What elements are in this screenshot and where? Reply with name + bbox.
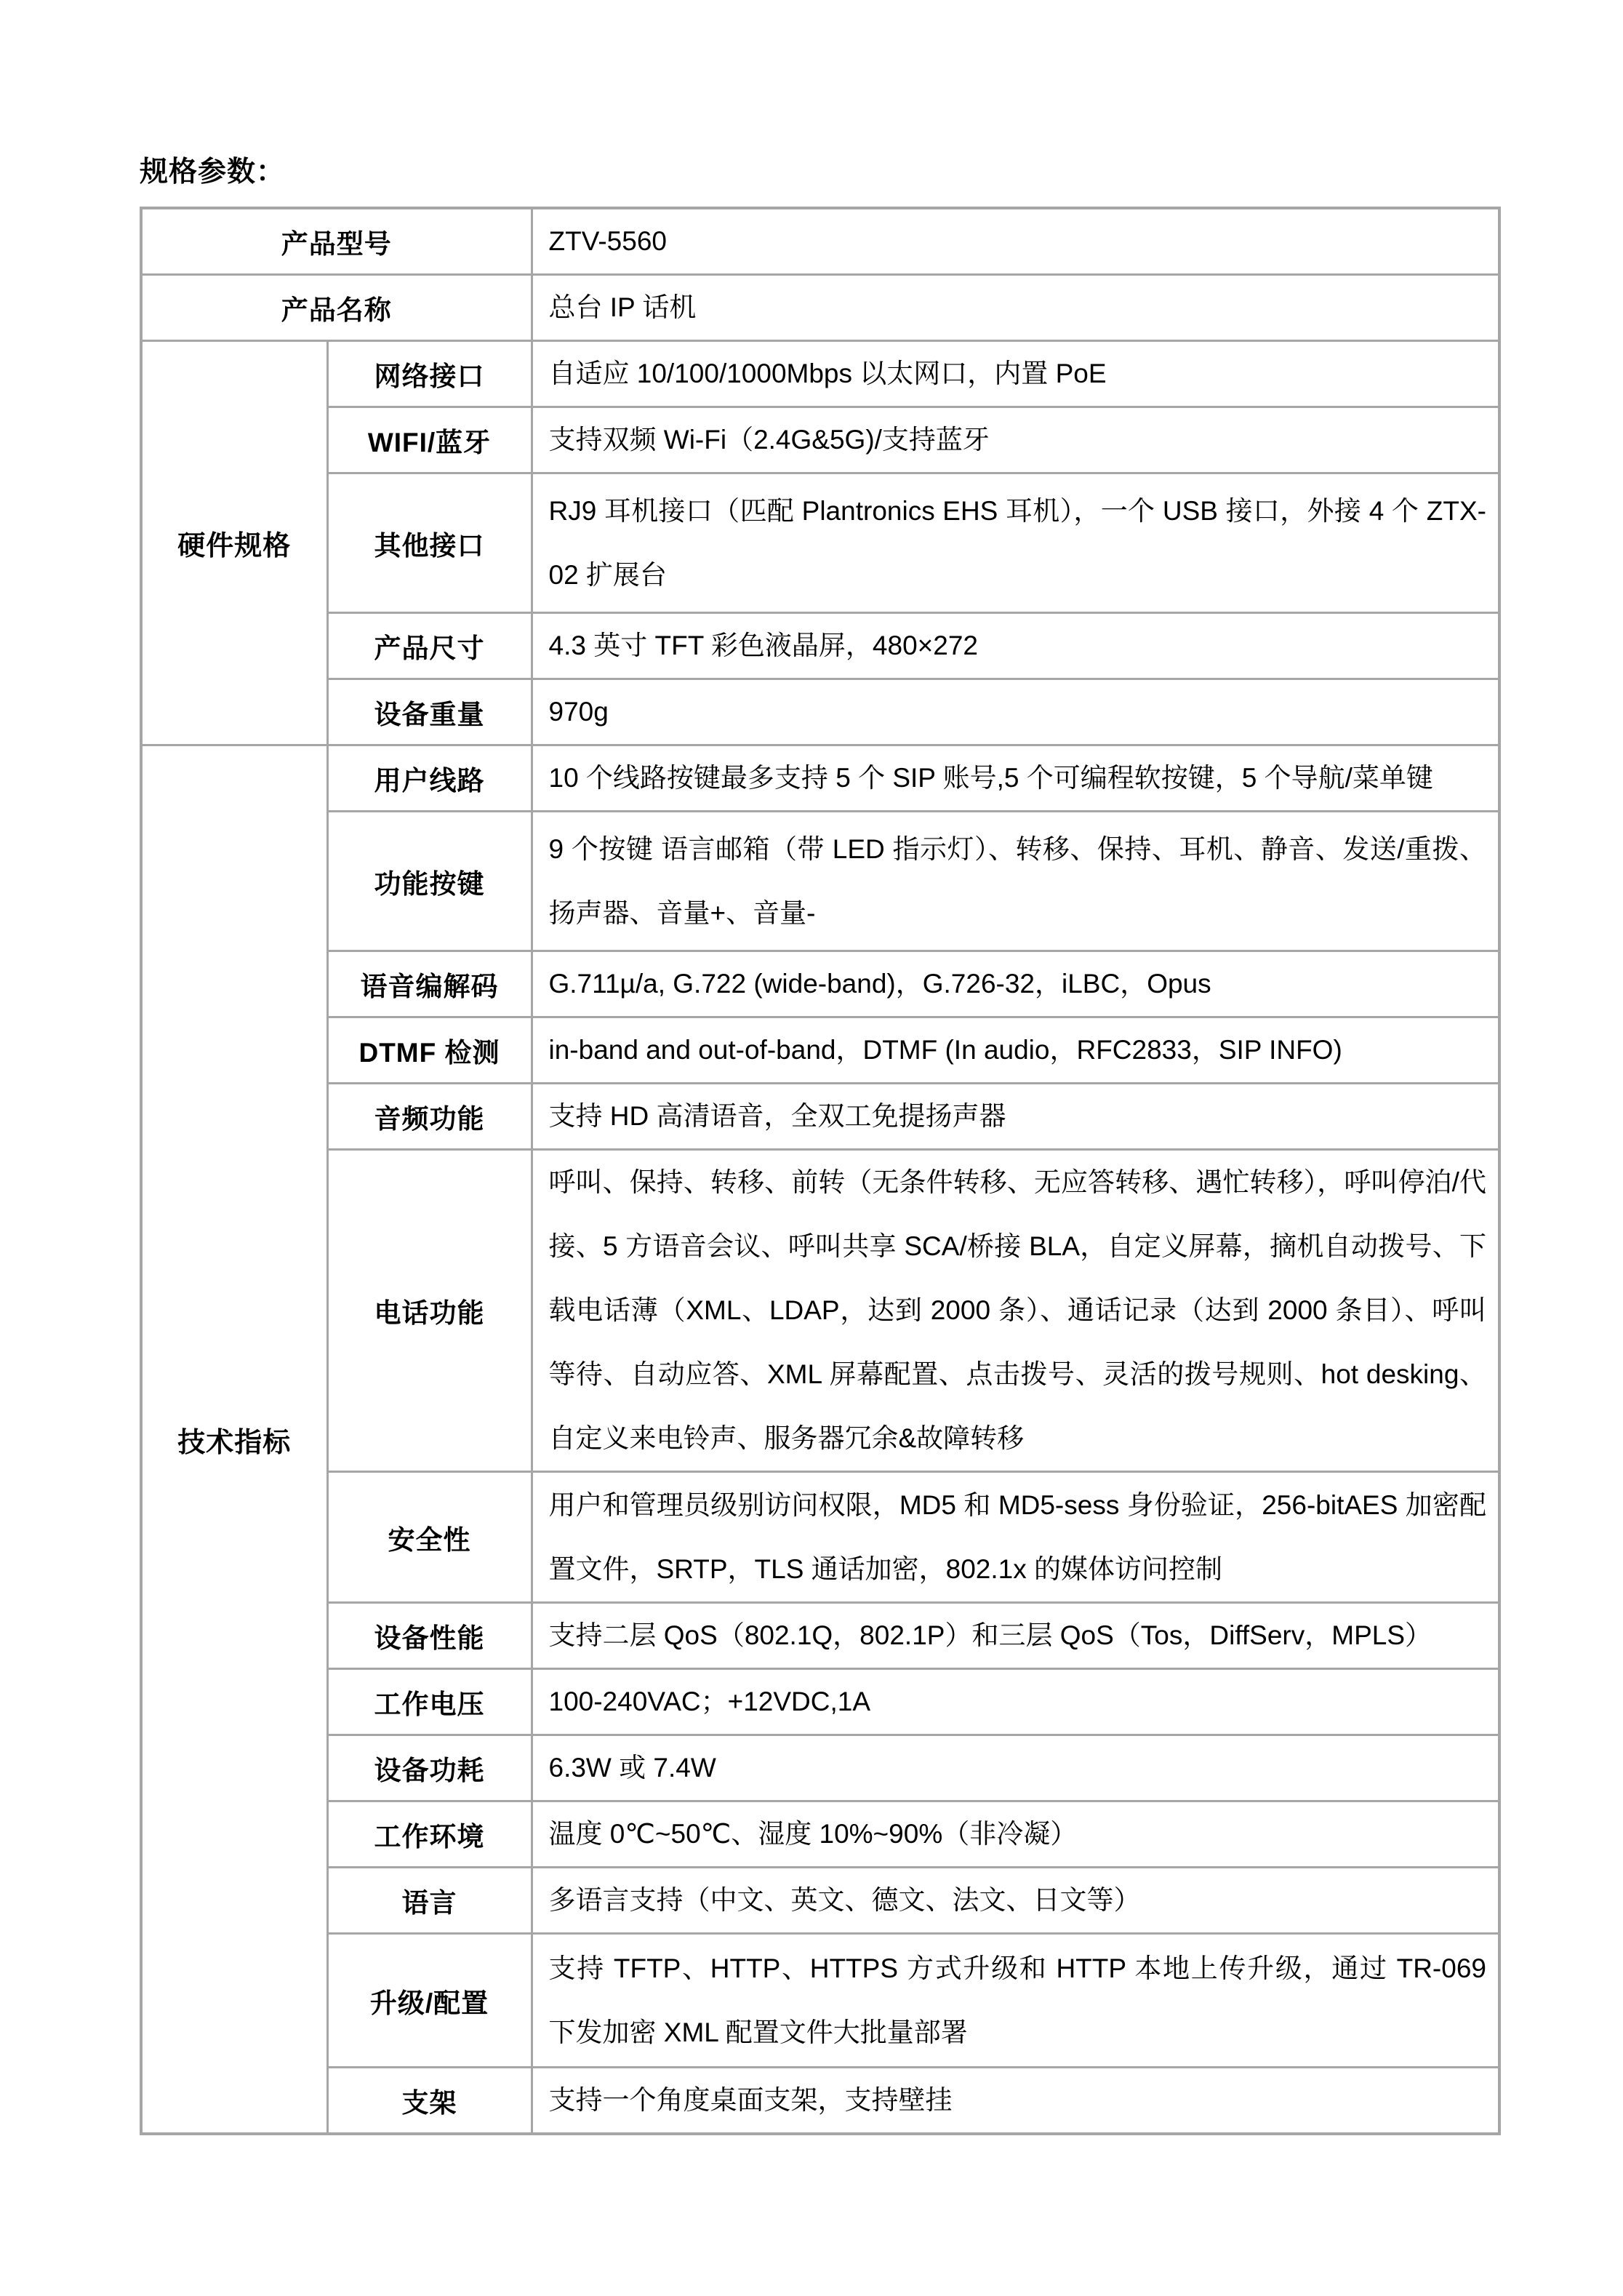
spec-document: 规格参数： 产品型号 ZTV-5560 产品名称 总台 IP 话机 硬件规格 网… — [140, 154, 1501, 2135]
row-phone-features: 电话功能 呼叫、保持、转移、前转（无条件转移、无应答转移、遇忙转移），呼叫停泊/… — [141, 1150, 1499, 1472]
row-value: 自适应 10/100/1000Mbps 以太网口，内置 PoE — [532, 341, 1499, 407]
row-value: 支持 HD 高清语音，全双工免提扬声器 — [532, 1084, 1499, 1150]
row-label: 产品型号 — [141, 208, 532, 275]
row-value: 支持二层 QoS（802.1Q，802.1P）和三层 QoS（Tos，DiffS… — [532, 1603, 1499, 1669]
row-voice-codec: 语音编解码 G.711µ/a, G.722 (wide-band)，G.726-… — [141, 951, 1499, 1017]
row-label: 设备重量 — [327, 679, 532, 745]
row-working-voltage: 工作电压 100-240VAC；+12VDC,1A — [141, 1669, 1499, 1735]
row-label: 工作电压 — [327, 1669, 532, 1735]
row-label: 电话功能 — [327, 1150, 532, 1472]
row-label: 设备功耗 — [327, 1735, 532, 1801]
row-label: 功能按键 — [327, 812, 532, 951]
row-product-size: 产品尺寸 4.3 英寸 TFT 彩色液晶屏，480×272 — [141, 613, 1499, 679]
row-label: 音频功能 — [327, 1084, 532, 1150]
row-value: 呼叫、保持、转移、前转（无条件转移、无应答转移、遇忙转移），呼叫停泊/代接、5 … — [532, 1150, 1499, 1472]
row-label: 安全性 — [327, 1472, 532, 1603]
category-hardware-spec: 硬件规格 — [141, 341, 327, 745]
row-label: WIFI/蓝牙 — [327, 407, 532, 473]
row-label: 升级/配置 — [327, 1934, 532, 2068]
row-stand: 支架 支持一个角度桌面支架，支持壁挂 — [141, 2068, 1499, 2135]
row-language: 语言 多语言支持（中文、英文、德文、法文、日文等） — [141, 1868, 1499, 1934]
row-value: 6.3W 或 7.4W — [532, 1735, 1499, 1801]
row-security: 安全性 用户和管理员级别访问权限，MD5 和 MD5-sess 身份验证，256… — [141, 1472, 1499, 1603]
row-value: 100-240VAC；+12VDC,1A — [532, 1669, 1499, 1735]
row-value: 支持 TFTP、HTTP、HTTPS 方式升级和 HTTP 本地上传升级，通过 … — [532, 1934, 1499, 2068]
row-value: 4.3 英寸 TFT 彩色液晶屏，480×272 — [532, 613, 1499, 679]
row-wifi-bluetooth: WIFI/蓝牙 支持双频 Wi-Fi（2.4G&5G)/支持蓝牙 — [141, 407, 1499, 473]
row-value: 温度 0℃~50℃、湿度 10%~90%（非冷凝） — [532, 1801, 1499, 1868]
row-value: 总台 IP 话机 — [532, 275, 1499, 341]
page-title: 规格参数： — [140, 154, 1501, 191]
row-network-interface: 硬件规格 网络接口 自适应 10/100/1000Mbps 以太网口，内置 Po… — [141, 341, 1499, 407]
row-audio-features: 音频功能 支持 HD 高清语音，全双工免提扬声器 — [141, 1084, 1499, 1150]
row-device-performance: 设备性能 支持二层 QoS（802.1Q，802.1P）和三层 QoS（Tos，… — [141, 1603, 1499, 1669]
row-value: G.711µ/a, G.722 (wide-band)，G.726-32，iLB… — [532, 951, 1499, 1017]
row-label: 工作环境 — [327, 1801, 532, 1868]
row-other-interfaces: 其他接口 RJ9 耳机接口（匹配 Plantronics EHS 耳机），一个 … — [141, 473, 1499, 613]
row-value: 9 个按键 语言邮箱（带 LED 指示灯）、转移、保持、耳机、静音、发送/重拨、… — [532, 812, 1499, 951]
row-value: 10 个线路按键最多支持 5 个 SIP 账号,5 个可编程软按键，5 个导航/… — [532, 745, 1499, 812]
row-value: ZTV-5560 — [532, 208, 1499, 275]
category-technical-specs: 技术指标 — [141, 745, 327, 2135]
row-label: 设备性能 — [327, 1603, 532, 1669]
row-product-name: 产品名称 总台 IP 话机 — [141, 275, 1499, 341]
row-power-consumption: 设备功耗 6.3W 或 7.4W — [141, 1735, 1499, 1801]
row-label: 语音编解码 — [327, 951, 532, 1017]
row-label: 支架 — [327, 2068, 532, 2135]
row-value: 用户和管理员级别访问权限，MD5 和 MD5-sess 身份验证，256-bit… — [532, 1472, 1499, 1603]
row-value: 970g — [532, 679, 1499, 745]
row-label: 网络接口 — [327, 341, 532, 407]
row-label: DTMF 检测 — [327, 1017, 532, 1084]
row-value: 支持一个角度桌面支架，支持壁挂 — [532, 2068, 1499, 2135]
row-value: 支持双频 Wi-Fi（2.4G&5G)/支持蓝牙 — [532, 407, 1499, 473]
row-device-weight: 设备重量 970g — [141, 679, 1499, 745]
row-value: RJ9 耳机接口（匹配 Plantronics EHS 耳机），一个 USB 接… — [532, 473, 1499, 613]
row-value: in-band and out-of-band，DTMF (In audio，R… — [532, 1017, 1499, 1084]
row-dtmf-detection: DTMF 检测 in-band and out-of-band，DTMF (In… — [141, 1017, 1499, 1084]
row-label: 产品尺寸 — [327, 613, 532, 679]
row-label: 语言 — [327, 1868, 532, 1934]
row-label: 用户线路 — [327, 745, 532, 812]
document-page: { "page": { "title": "规格参数：" }, "table":… — [0, 0, 1623, 2296]
row-upgrade-configuration: 升级/配置 支持 TFTP、HTTP、HTTPS 方式升级和 HTTP 本地上传… — [141, 1934, 1499, 2068]
row-label: 其他接口 — [327, 473, 532, 613]
row-function-keys: 功能按键 9 个按键 语言邮箱（带 LED 指示灯）、转移、保持、耳机、静音、发… — [141, 812, 1499, 951]
row-product-model: 产品型号 ZTV-5560 — [141, 208, 1499, 275]
row-label: 产品名称 — [141, 275, 532, 341]
row-value: 多语言支持（中文、英文、德文、法文、日文等） — [532, 1868, 1499, 1934]
row-user-lines: 技术指标 用户线路 10 个线路按键最多支持 5 个 SIP 账号,5 个可编程… — [141, 745, 1499, 812]
row-working-environment: 工作环境 温度 0℃~50℃、湿度 10%~90%（非冷凝） — [141, 1801, 1499, 1868]
spec-table: 产品型号 ZTV-5560 产品名称 总台 IP 话机 硬件规格 网络接口 自适… — [140, 207, 1501, 2135]
